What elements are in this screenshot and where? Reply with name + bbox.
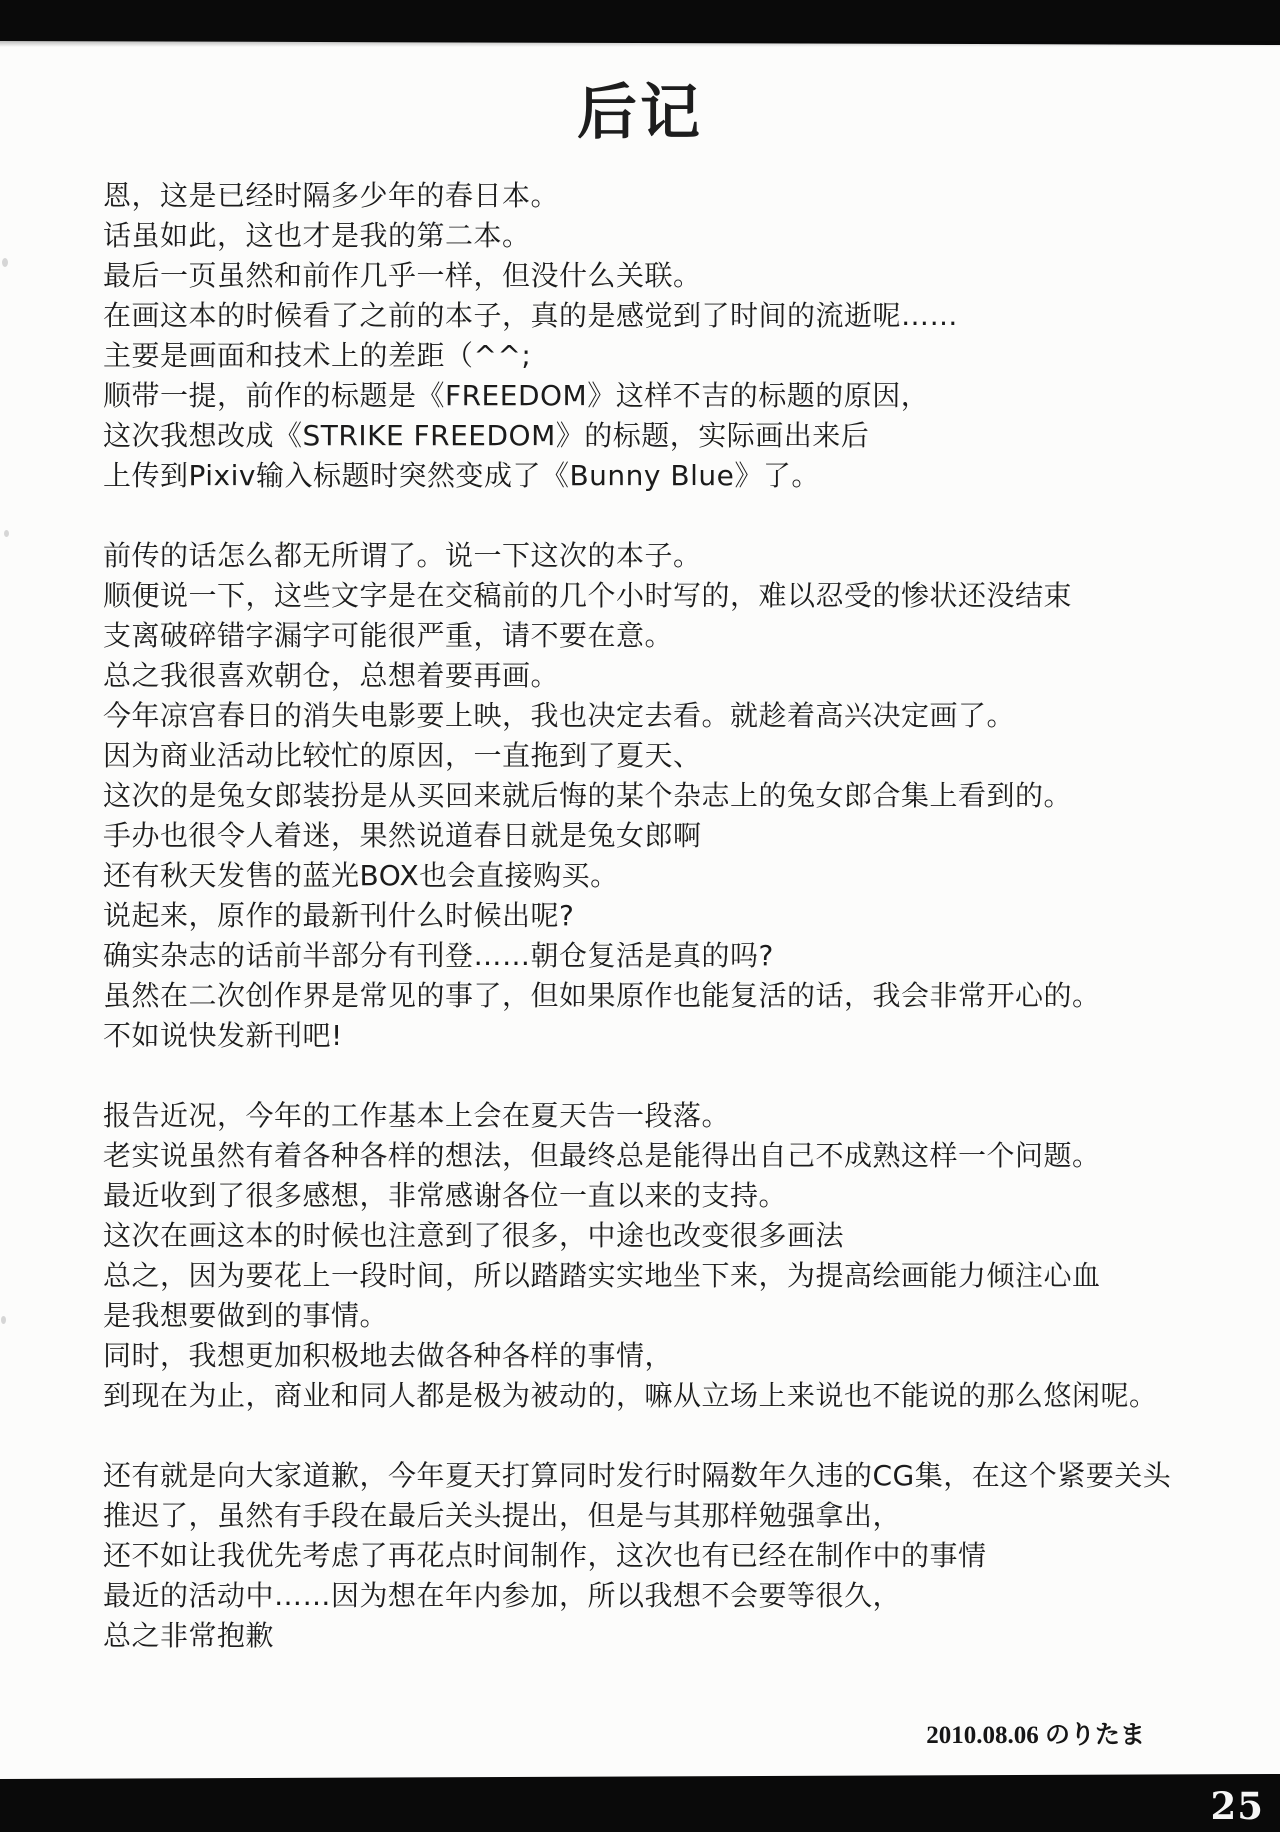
scan-speck xyxy=(1,1316,6,1324)
page-title: 后记 xyxy=(0,80,1280,146)
afterword-paragraph-1: 恩，这是已经时隔多少年的春日本。 话虽如此，这也才是我的第二本。 最后一页虽然和… xyxy=(103,176,1243,496)
afterword-paragraph-4: 还有就是向大家道歉，今年夏天打算同时发行时隔数年久违的CG集，在这个紧要关头 推… xyxy=(103,1456,1243,1656)
bottom-black-border: 25 xyxy=(0,1774,1280,1832)
afterword-page: 后记 恩，这是已经时隔多少年的春日本。 话虽如此，这也才是我的第二本。 最后一页… xyxy=(0,0,1280,1832)
scan-speck xyxy=(2,258,8,267)
afterword-paragraph-2: 前传的话怎么都无所谓了。说一下这次的本子。 顺便说一下，这些文字是在交稿前的几个… xyxy=(103,536,1243,1056)
afterword-text: 恩，这是已经时隔多少年的春日本。 话虽如此，这也才是我的第二本。 最后一页虽然和… xyxy=(103,176,1243,1656)
page-number: 25 xyxy=(1211,1784,1265,1828)
signature-date: 2010.08.06 のりたま xyxy=(926,1720,1145,1752)
top-black-border xyxy=(0,0,1280,46)
scan-speck xyxy=(4,530,9,537)
afterword-paragraph-3: 报告近况，今年的工作基本上会在夏天告一段落。 老实说虽然有着各种各样的想法，但最… xyxy=(103,1096,1243,1416)
